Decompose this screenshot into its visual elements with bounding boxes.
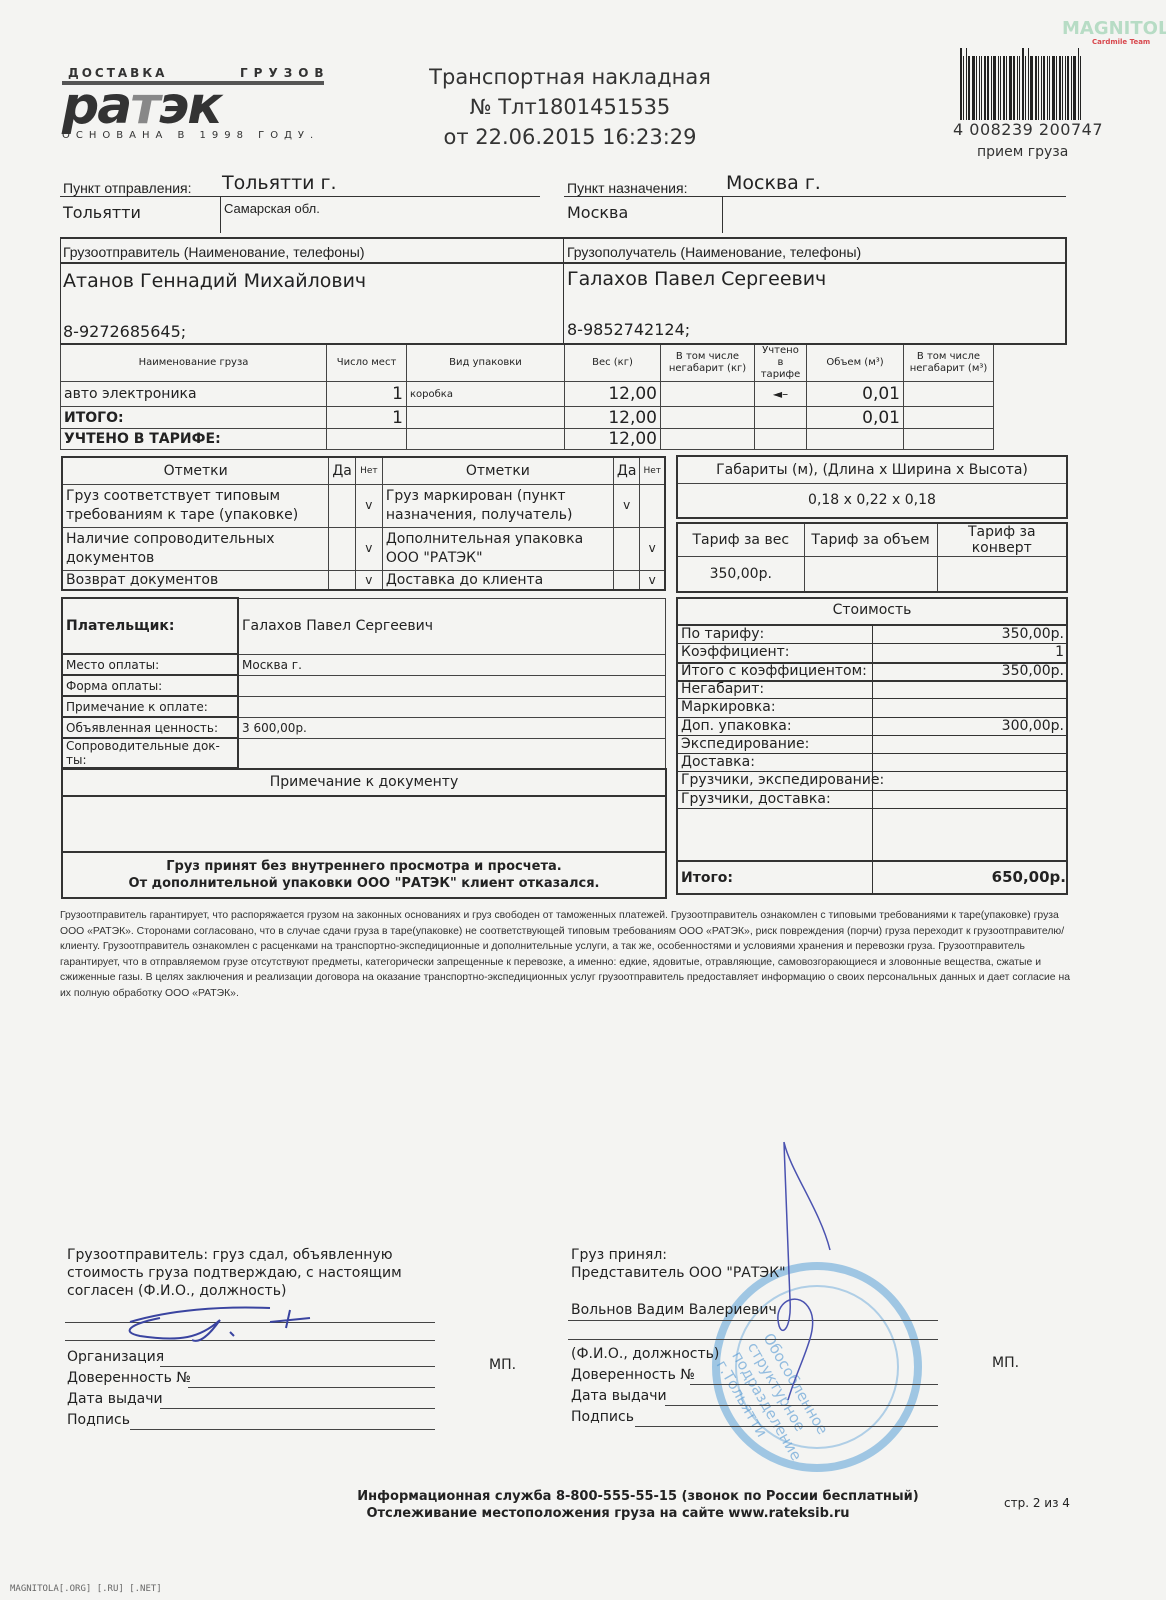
col-oversize-kg: В том числе негабарит (кг) xyxy=(661,344,755,382)
mark-no-checkbox[interactable]: v xyxy=(640,527,665,570)
footer-info-line: Информационная служба 8-800-555-55-15 (з… xyxy=(0,1489,1166,1504)
logo-tagline: ОСНОВАНА В 1998 ГОДУ. xyxy=(62,130,319,141)
barcode xyxy=(960,56,1100,120)
payer-table: Плательщик: Галахов Павел Сергеевич Мест… xyxy=(61,597,666,769)
cost-row-label: Маркировка: xyxy=(681,699,776,715)
receiver-sign-label: Подпись xyxy=(571,1409,634,1425)
cost-row-value: 1 xyxy=(1055,644,1064,660)
cost-header: Стоимость xyxy=(676,602,1068,618)
sender-sign-label: Подпись xyxy=(67,1412,130,1428)
declared-value: 3 600,00р. xyxy=(238,717,666,738)
barcode-number: 4 008239 200747 xyxy=(953,120,1103,139)
origin-city: Тольятти xyxy=(63,203,141,222)
cost-row-label: Грузчики, доставка: xyxy=(681,791,831,807)
cost-total-label: Итого: xyxy=(681,870,733,886)
cost-row-value: 300,00р. xyxy=(1002,718,1064,734)
mark-row: Груз соответствует типовым требованиям к… xyxy=(62,484,665,527)
note-line-1: Груз принят без внутреннего просмотра и … xyxy=(61,859,667,874)
cost-row-label: Доп. упаковка: xyxy=(681,718,792,734)
mark-no-checkbox[interactable] xyxy=(640,484,665,527)
receiver-phone: 8-9852742124; xyxy=(567,320,690,339)
origin-value: Тольятти г. xyxy=(222,172,337,194)
receiver-mp: МП. xyxy=(992,1355,1019,1371)
mark-yes-checkbox[interactable]: v xyxy=(613,484,640,527)
document-title: Транспортная накладная xyxy=(420,62,720,92)
table-row: авто электроника 1 коробка 12,00 ◄– 0,01 xyxy=(61,382,1068,407)
mark-row: Возврат документов v Доставка до клиента… xyxy=(62,570,665,590)
mark-yes-checkbox[interactable] xyxy=(613,570,640,590)
tariffs-table: Тариф за вес Тариф за объем Тариф за кон… xyxy=(676,522,1068,593)
document-date: от 22.06.2015 16:23:29 xyxy=(420,122,720,152)
col-counted: Учтено в тарифе xyxy=(755,344,807,382)
dimensions-table: Габариты (м), (Длина х Ширина х Высота) … xyxy=(676,455,1068,519)
total-row: ИТОГО: 1 12,00 0,01 xyxy=(61,407,1068,429)
receiver-proxy-label: Доверенность № xyxy=(571,1367,695,1383)
dimensions-header: Габариты (м), (Длина х Ширина х Высота) xyxy=(677,456,1067,483)
col-weight: Вес (кг) xyxy=(565,344,661,382)
mark-yes-checkbox[interactable] xyxy=(613,527,640,570)
destination-value: Москва г. xyxy=(726,172,821,194)
sender-org-label: Организация xyxy=(67,1349,164,1365)
destination-city: Москва xyxy=(567,203,628,222)
receiver-name: Галахов Павел Сергеевич xyxy=(567,268,826,290)
cost-row-label: Грузчики, экспедирование: xyxy=(681,772,884,788)
sender-phone: 8-9272685645; xyxy=(63,322,186,341)
origin-region: Самарская обл. xyxy=(224,201,320,216)
mark-no-checkbox[interactable]: v xyxy=(355,527,382,570)
note-line-2: От дополнительной упаковки ООО "РАТЭК" к… xyxy=(61,876,667,891)
barcode-label: прием груза xyxy=(977,144,1068,160)
cargo-table: Наименование груза Число мест Вид упаков… xyxy=(60,343,1067,450)
col-volume: Объем (м³) xyxy=(807,344,904,382)
sender-label: Грузоотправитель (Наименование, телефоны… xyxy=(63,244,365,260)
col-cargo-name: Наименование груза xyxy=(61,344,327,382)
cost-row-label: Доставка: xyxy=(681,754,755,770)
col-places: Число мест xyxy=(327,344,407,382)
cost-row-label: Экспедирование: xyxy=(681,736,809,752)
cost-total-value: 650,00р. xyxy=(992,868,1066,886)
tariff-weight-value: 350,00р. xyxy=(677,557,804,592)
sender-name: Атанов Геннадий Михайлович xyxy=(63,270,366,292)
mark-yes-checkbox[interactable] xyxy=(329,484,356,527)
tariff-envelope-label: Тариф за конверт xyxy=(937,523,1067,557)
cost-row-value: 350,00р. xyxy=(1002,663,1064,679)
origin-label: Пункт отправления: xyxy=(63,180,192,196)
cost-row-label: По тарифу: xyxy=(681,626,764,642)
mark-no-checkbox[interactable]: v xyxy=(355,570,382,590)
payer-value: Галахов Павел Сергеевич xyxy=(238,598,666,654)
tariff-weight-label: Тариф за вес xyxy=(677,523,804,557)
tariff-volume-label: Тариф за объем xyxy=(804,523,937,557)
company-logo: ДОСТАВКА ГРУЗОВ ратэк ОСНОВАНА В 1998 ГО… xyxy=(62,66,332,146)
cost-row-label: Негабарит: xyxy=(681,681,764,697)
document-title-block: Транспортная накладная № Тлт1801451535 о… xyxy=(420,62,720,152)
receiver-label: Грузополучатель (Наименование, телефоны) xyxy=(567,244,861,260)
cost-row-label: Итого с коэффициентом: xyxy=(681,663,867,679)
sender-signature-text: Грузоотправитель: груз сдал, объявленную… xyxy=(67,1246,402,1300)
sender-proxy-label: Доверенность № xyxy=(67,1370,191,1386)
watermark-logo: MAGNITOLA xyxy=(1062,18,1166,39)
logo-wordmark: ратэк xyxy=(62,76,221,136)
col-oversize-m3: В том числе негабарит (м³) xyxy=(904,344,994,382)
cargo-header-row: Наименование груза Число мест Вид упаков… xyxy=(61,344,1068,382)
watermark-sub: Cardmile Team xyxy=(1092,38,1150,46)
footer-watermark: MAGNITOLA[.ORG] [.RU] [.NET] xyxy=(10,1584,162,1594)
arrow-left-icon: ◄– xyxy=(755,382,807,407)
receiver-signature xyxy=(740,1140,860,1420)
legal-text: Грузоотправитель гарантирует, что распор… xyxy=(60,908,1070,1001)
cost-row-value: 350,00р. xyxy=(1002,626,1064,642)
sender-signature xyxy=(110,1300,330,1350)
payer-label: Плательщик: xyxy=(62,598,238,654)
note-header: Примечание к документу xyxy=(61,774,667,790)
mark-no-checkbox[interactable]: v xyxy=(640,570,665,590)
document-number: № Тлт1801451535 xyxy=(420,92,720,122)
marks-table: Отметки Да Нет Отметки Да Нет Груз соотв… xyxy=(61,456,666,591)
receiver-issue-label: Дата выдачи xyxy=(571,1388,667,1404)
sender-issue-label: Дата выдачи xyxy=(67,1391,163,1407)
mark-yes-checkbox[interactable] xyxy=(329,570,356,590)
destination-label: Пункт назначения: xyxy=(567,180,687,196)
receiver-fio-label: (Ф.И.О., должность) xyxy=(571,1346,719,1362)
col-packaging: Вид упаковки xyxy=(407,344,565,382)
footer-tracking-line: Отслеживание местоположения груза на сай… xyxy=(0,1506,1166,1521)
mark-yes-checkbox[interactable] xyxy=(329,527,356,570)
mark-row: Наличие сопроводительных документов v До… xyxy=(62,527,665,570)
sender-mp: МП. xyxy=(489,1357,516,1373)
logo-top-right: ГРУЗОВ xyxy=(240,66,330,80)
dimensions-value: 0,18 х 0,22 х 0,18 xyxy=(677,483,1067,518)
tariff-row: УЧТЕНО В ТАРИФЕ: 12,00 xyxy=(61,429,1068,450)
page-number: стр. 2 из 4 xyxy=(1004,1496,1070,1510)
cost-row-label: Коэффициент: xyxy=(681,644,790,660)
mark-no-checkbox[interactable]: v xyxy=(355,484,382,527)
